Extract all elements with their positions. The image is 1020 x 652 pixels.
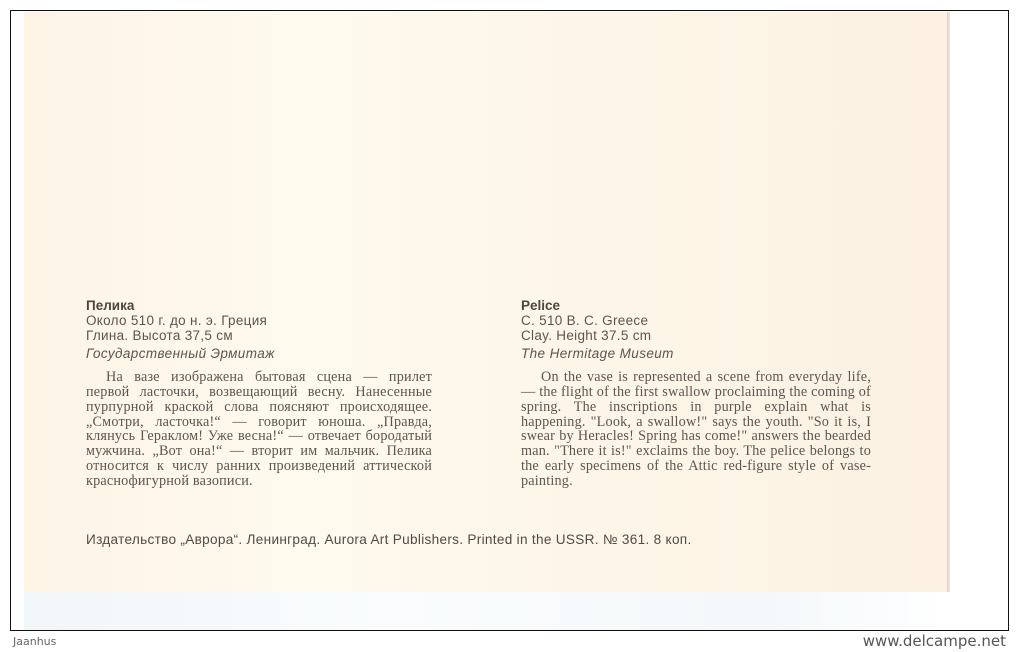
russian-material: Глина. Высота 37,5 см — [86, 329, 432, 344]
russian-museum: Государственный Эрмитаж — [86, 347, 432, 362]
russian-description: На вазе изображена бытовая сцена — приле… — [86, 370, 432, 488]
russian-title: Пелика — [86, 299, 432, 314]
scan-background — [24, 592, 948, 630]
english-museum: The Hermitage Museum — [521, 347, 871, 362]
postcard-edge — [947, 12, 950, 592]
english-title: Pelice — [521, 299, 871, 314]
russian-date-place: Около 510 г. до н. э. Греция — [86, 314, 432, 329]
english-caption: Pelice C. 510 B. C. Greece Clay. Height … — [521, 299, 871, 489]
english-material: Clay. Height 37.5 cm — [521, 329, 871, 344]
english-date-place: C. 510 B. C. Greece — [521, 314, 871, 329]
site-watermark: www.delcampe.net — [863, 632, 1006, 650]
russian-caption: Пелика Около 510 г. до н. э. Греция Глин… — [86, 299, 432, 489]
english-description: On the vase is represented a scene from … — [521, 370, 871, 488]
seller-name: Jaanhus — [13, 635, 56, 648]
publisher-line: Издательство „Аврора“. Ленинград. Aurora… — [86, 532, 871, 547]
